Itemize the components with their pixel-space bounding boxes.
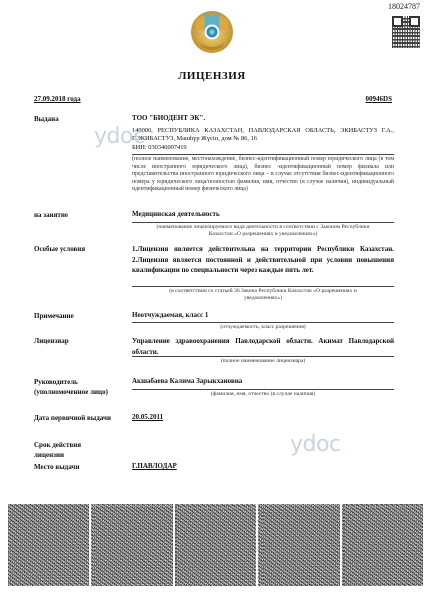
special-conditions-value: 1.Лицензия является действительна на тер… — [132, 244, 394, 276]
qr-code-icon — [392, 16, 420, 48]
divider — [132, 356, 394, 357]
note-label: Примечание — [34, 311, 74, 321]
watermark: ydoc — [290, 432, 341, 457]
first-issue-date-value: 20.05.2011 — [132, 413, 163, 421]
note-value: Неотчуждаемая, класс 1 — [132, 311, 394, 321]
head-label-line1: Руководитель — [34, 377, 108, 387]
first-issue-date-label: Дата первичной выдачи — [34, 413, 111, 423]
place-of-issue-value: Г.ПАВЛОДАР — [132, 462, 177, 470]
licensor-value: Управление здравоохранения Павлодарской … — [132, 336, 394, 357]
issued-to-bin: БИН: 030340007419 — [132, 144, 394, 152]
divider — [132, 322, 394, 323]
page-title: ЛИЦЕНЗИЯ — [0, 70, 424, 82]
note-caption: (отчуждаемость, класс разрешения) — [132, 324, 394, 331]
encoded-block — [8, 504, 89, 586]
document-number: 18024787 — [388, 2, 420, 11]
issue-date: 27.09.2018 года — [34, 95, 81, 103]
divider — [132, 154, 394, 155]
encoded-block — [91, 504, 172, 586]
validity-label-line1: Срок действия — [34, 440, 81, 450]
licensor-caption: (полное наименование лицензиара) — [132, 358, 394, 365]
divider — [132, 222, 394, 223]
head-value: Акшабаева Калима Зарыкхановна — [132, 377, 394, 387]
encoded-block — [258, 504, 339, 586]
special-conditions-label: Особые условия — [34, 244, 85, 254]
watermark: ydoc — [94, 124, 145, 149]
activity-label: на занятие — [34, 210, 68, 220]
licensor-label: Лицензиар — [34, 336, 69, 346]
divider — [132, 389, 394, 390]
state-emblem-icon — [188, 7, 236, 55]
head-label-line2: (уполномоченное лицо) — [34, 387, 108, 397]
special-conditions-caption: (в соответствии со статьей 36 Закона Рес… — [132, 288, 394, 302]
validity-label: Срок действия лицензии — [34, 440, 81, 460]
issued-to-name: ТОО "БИОДЕНТ ЭК". — [132, 114, 394, 124]
divider — [132, 286, 394, 287]
issued-to-caption: (полное наименование, местонахождение, б… — [132, 156, 394, 194]
head-caption: (фамилия, имя, отчество (в случае наличи… — [132, 391, 394, 398]
place-of-issue-label: Место выдачи — [34, 462, 79, 472]
head-label: Руководитель (уполномоченное лицо) — [34, 377, 108, 397]
license-number: 00946DS — [366, 95, 392, 103]
activity-value: Медицинская деятельность — [132, 210, 394, 220]
encoded-data-strip — [8, 504, 423, 586]
encoded-block — [175, 504, 256, 586]
validity-label-line2: лицензии — [34, 450, 81, 460]
encoded-block — [342, 504, 423, 586]
issued-to-label: Выдана — [34, 114, 59, 124]
issued-to-address: 140000, РЕСПУБЛИКА КАЗАХСТАН, ПАВЛОДАРСК… — [132, 127, 394, 144]
activity-caption: (наименование лицензируемого вида деятел… — [132, 224, 394, 238]
